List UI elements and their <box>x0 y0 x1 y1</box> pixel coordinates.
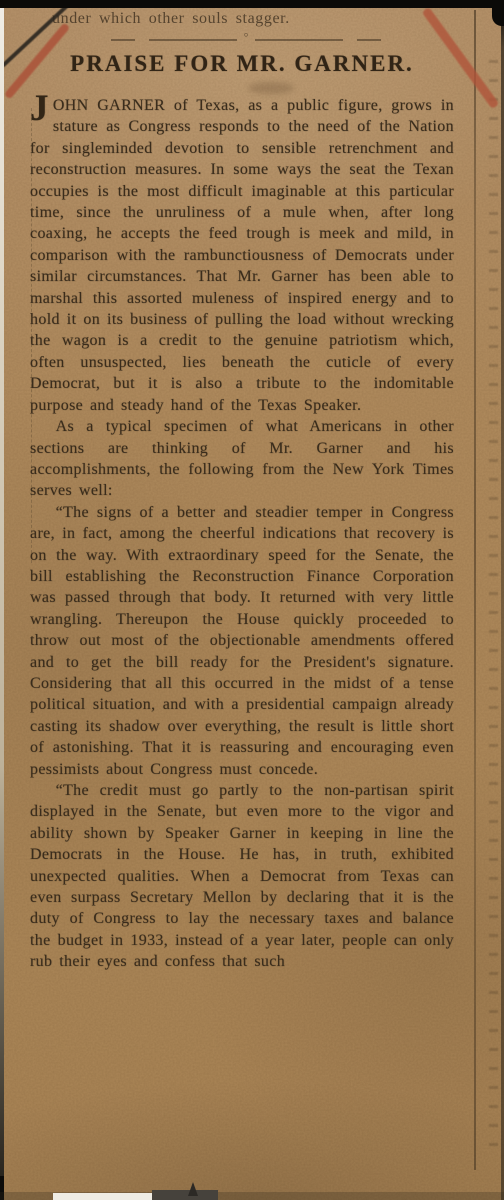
scan-top-edge <box>0 0 504 8</box>
paragraph-text: OHN GARNER of Texas, as a public figure,… <box>30 97 454 414</box>
paragraph: JOHN GARNER of Texas, as a public figure… <box>30 95 454 416</box>
paragraph: “The signs of a better and steadier temp… <box>30 502 454 780</box>
divider-dash <box>111 39 135 41</box>
section-divider: ° <box>38 33 454 47</box>
clipping-content: under which other souls stagger. ° PRAIS… <box>30 10 454 973</box>
paragraph-text: “The credit must go partly to the non-pa… <box>30 782 454 970</box>
paragraph: “The credit must go partly to the non-pa… <box>30 780 454 973</box>
paragraph-text: As a typical specimen of what Americans … <box>30 418 454 499</box>
divider-dash <box>357 39 381 41</box>
adjacent-column-fragments <box>489 60 498 1150</box>
paragraph: As a typical specimen of what Americans … <box>30 416 454 502</box>
bottom-edge-dark-strip <box>152 1190 218 1200</box>
paragraph-text: “The signs of a better and steadier temp… <box>30 504 454 778</box>
article-body: JOHN GARNER of Texas, as a public figure… <box>30 95 454 973</box>
previous-article-fragment: under which other souls stagger. <box>30 10 454 28</box>
newspaper-column-rule <box>474 10 476 1170</box>
newspaper-clipping: under which other souls stagger. ° PRAIS… <box>4 8 504 1200</box>
paper-left-edge <box>0 6 4 1176</box>
headline: PRAISE FOR MR. GARNER. <box>30 51 454 77</box>
divider-dash <box>149 39 237 41</box>
divider-ornament: ° <box>244 33 249 41</box>
divider-dash <box>255 39 343 41</box>
drop-cap: J <box>30 96 49 122</box>
ink-smudge <box>248 82 294 94</box>
scan-background: under which other souls stagger. ° PRAIS… <box>0 0 504 1200</box>
bottom-edge-notch <box>188 1182 198 1196</box>
bottom-edge-white-strip <box>53 1193 152 1200</box>
scan-top-right-corner <box>492 0 504 26</box>
